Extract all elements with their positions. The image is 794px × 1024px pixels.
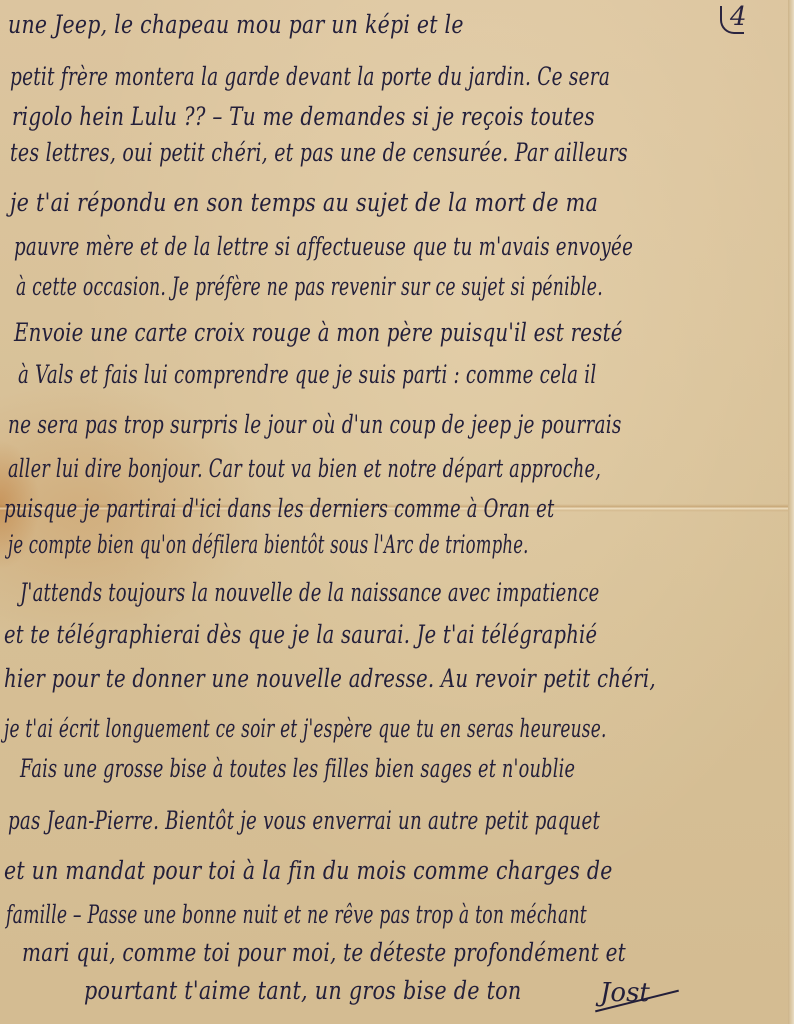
letter-line: hier pour te donner une nouvelle adresse… xyxy=(4,664,656,693)
page-number: 4 xyxy=(730,2,747,32)
letter-line: une Jeep, le chapeau mou par un képi et … xyxy=(8,10,464,39)
letter-line: je compte bien qu'on défilera bientôt so… xyxy=(8,530,529,559)
letter-line: Envoie une carte croix rouge à mon père … xyxy=(14,318,623,347)
letter-page: 4 une Jeep, le chapeau mou par un képi e… xyxy=(0,0,794,1024)
letter-line: ne sera pas trop surpris le jour où d'un… xyxy=(8,410,622,439)
letter-line: Fais une grosse bise à toutes les filles… xyxy=(20,754,575,783)
letter-line: famille – Passe une bonne nuit et ne rêv… xyxy=(6,900,587,929)
letter-line: tes lettres, oui petit chéri, et pas une… xyxy=(10,138,628,167)
letter-line: et un mandat pour toi à la fin du mois c… xyxy=(4,856,613,885)
letter-line: je t'ai répondu en son temps au sujet de… xyxy=(10,188,598,217)
letter-line: pauvre mère et de la lettre si affectueu… xyxy=(14,232,633,261)
letter-line: petit frère montera la garde devant la p… xyxy=(10,62,610,91)
letter-line: et te télégraphierai dès que je la saura… xyxy=(4,620,597,649)
letter-line: mari qui, comme toi pour moi, te déteste… xyxy=(22,938,626,967)
letter-line: rigolo hein Lulu ?? – Tu me demandes si … xyxy=(12,102,595,131)
letter-line: J'attends toujours la nouvelle de la nai… xyxy=(20,578,600,607)
signature: Jost xyxy=(600,978,650,1008)
letter-line: pourtant t'aime tant, un gros bise de to… xyxy=(84,976,522,1005)
letter-line: puisque je partirai d'ici dans les derni… xyxy=(4,494,554,523)
paper-edge xyxy=(788,0,794,1024)
letter-line: à Vals et fais lui comprendre que je sui… xyxy=(18,360,596,389)
letter-line: aller lui dire bonjour. Car tout va bien… xyxy=(8,454,601,483)
letter-line: pas Jean-Pierre. Bientôt je vous enverra… xyxy=(8,806,600,835)
letter-line: à cette occasion. Je préfère ne pas reve… xyxy=(16,272,603,301)
letter-line: je t'ai écrit longuement ce soir et j'es… xyxy=(4,714,607,743)
